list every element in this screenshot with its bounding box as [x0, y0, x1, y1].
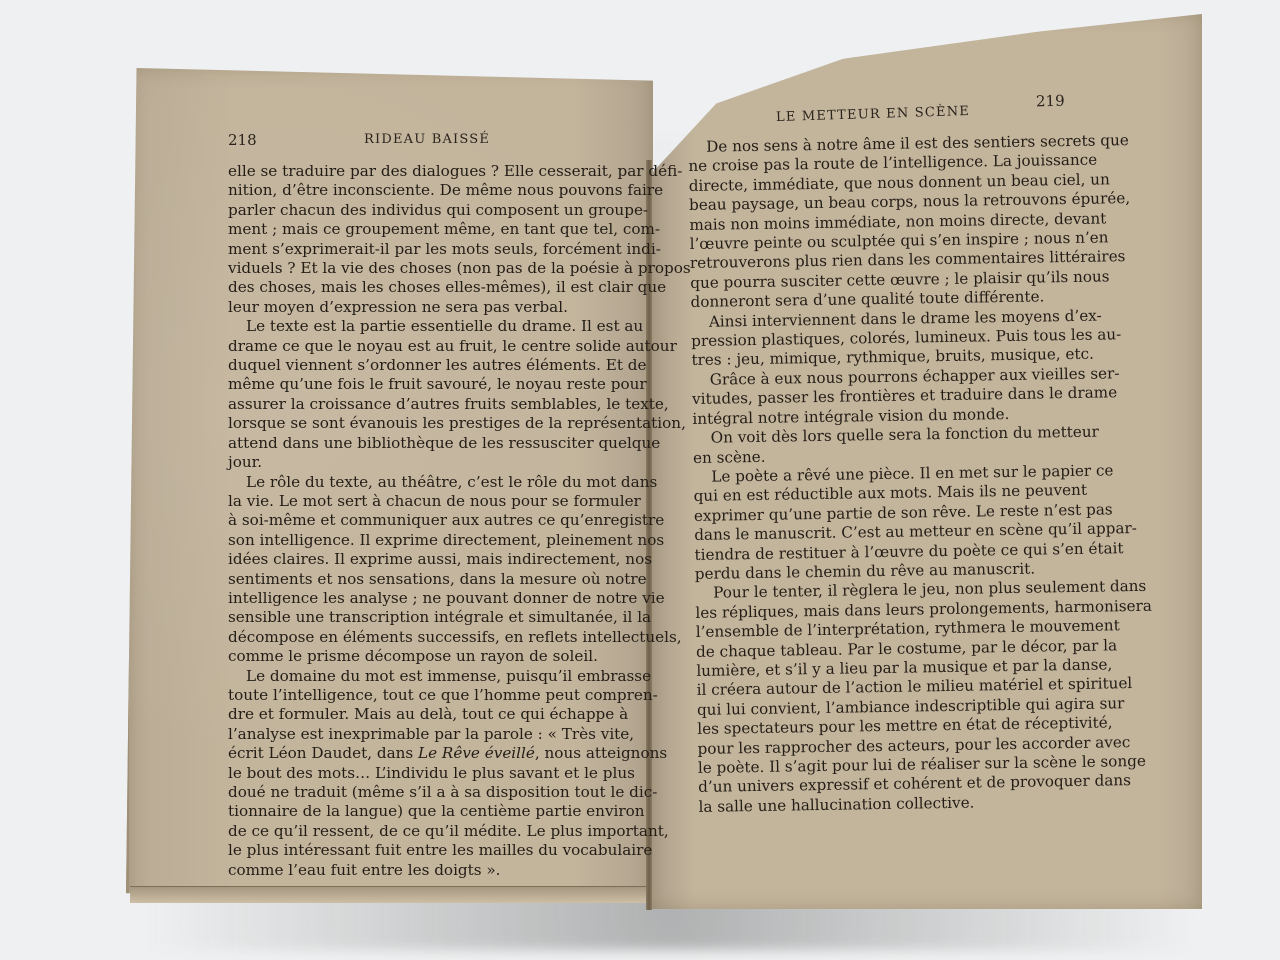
- text-line: assurer la croissance d’autres fruits se…: [228, 395, 596, 414]
- text-line: intelligence les analyse ; ne pouvant do…: [228, 589, 596, 608]
- text-line: duquel viennent s’ordonner les autres él…: [228, 356, 596, 375]
- left-running-head: RIDEAU BAISSÉ: [364, 132, 490, 147]
- text-line: décompose en éléments successifs, en ref…: [228, 628, 596, 647]
- paragraph: Le poète a rêvé une pièce. Il en met sur…: [693, 462, 1075, 584]
- text-line: Le rôle du texte, au théâtre, c’est le r…: [228, 473, 596, 492]
- text-line: l’analyse est inexprimable par la parole…: [228, 725, 596, 744]
- text-line: la vie. Le mot sert à chacun de nous pou…: [228, 492, 596, 511]
- open-book: 218 RIDEAU BAISSÉ elle se traduire par d…: [0, 0, 1280, 960]
- text-line: son intelligence. Il exprime directement…: [228, 531, 596, 550]
- text-line: Le texte est la partie essentielle du dr…: [228, 317, 596, 336]
- paragraph: Pour le tenter, il règlera le jeu, non p…: [695, 578, 1079, 817]
- text-line: sensible une transcription intégrale et …: [228, 608, 596, 627]
- right-page-number: 219: [1036, 92, 1065, 111]
- text-line: de ce qu’il ressent, de ce qu’il médite.…: [228, 822, 596, 841]
- text-line: lorsque se sont évanouis les prestiges d…: [228, 414, 596, 433]
- paragraph: Le texte est la partie essentielle du dr…: [228, 317, 596, 472]
- right-page-body: De nos sens à notre âme il est des senti…: [688, 132, 1079, 817]
- text-line: comme l’eau fuit entre les doigts ».: [228, 861, 596, 880]
- text-line: des choses, mais les choses elles-mêmes)…: [228, 278, 596, 297]
- paragraph: De nos sens à notre âme il est des senti…: [688, 132, 1071, 313]
- text-line: ment s’exprimerait-il par les mots seuls…: [228, 240, 596, 259]
- text-line: dre et formuler. Mais au delà, tout ce q…: [228, 705, 596, 724]
- book-title-italic: Le Rêve éveillé: [418, 744, 535, 762]
- text-line: doué ne traduit (même s’il a à sa dispos…: [228, 783, 596, 802]
- page-block-edge: [130, 886, 650, 903]
- paragraph: Ainsi interviennent dans le drame les mo…: [691, 307, 1072, 371]
- text-line: sentiments et nos sensations, dans la me…: [228, 570, 596, 589]
- text-line: leur moyen d’expression ne sera pas verb…: [228, 298, 596, 317]
- text-line: même qu’une fois le fruit savouré, le no…: [228, 375, 596, 394]
- text-line: drame ce que le noyau est au fruit, le c…: [228, 337, 596, 356]
- paragraph: elle se traduire par des dialogues ? Ell…: [228, 162, 596, 317]
- text-line: écrit Léon Daudet, dans Le Rêve éveillé,…: [228, 744, 596, 763]
- text-line: nition, d’être inconsciente. De même nou…: [228, 181, 596, 200]
- text-line: parler chacun des individus qui composen…: [228, 201, 596, 220]
- text-line: jour.: [228, 453, 596, 472]
- text-line: à soi-même et communiquer aux autres ce …: [228, 511, 596, 530]
- text-line: le bout des mots… L’individu le plus sav…: [228, 764, 596, 783]
- text-line: tionnaire de la langue) que la centième …: [228, 802, 596, 821]
- text-line: elle se traduire par des dialogues ? Ell…: [228, 162, 596, 181]
- text-line: viduels ? Et la vie des choses (non pas …: [228, 259, 596, 278]
- text-line: attend dans une bibliothèque de les ress…: [228, 434, 596, 453]
- paragraph: Le domaine du mot est immense, puisqu’il…: [228, 667, 596, 880]
- paragraph: On voit dès lors quelle sera la fonction…: [693, 423, 1074, 468]
- text-line: le plus intéressant fuit entre les maill…: [228, 841, 596, 860]
- left-page-body: elle se traduire par des dialogues ? Ell…: [228, 162, 596, 880]
- paragraph: Le rôle du texte, au théâtre, c’est le r…: [228, 473, 596, 667]
- text-line: idées claires. Il exprime aussi, mais in…: [228, 550, 596, 569]
- text-line: Le domaine du mot est immense, puisqu’il…: [228, 667, 596, 686]
- text-line: comme le prisme décompose un rayon de so…: [228, 647, 596, 666]
- paragraph: Grâce à eux nous pourrons échapper aux v…: [692, 365, 1073, 429]
- left-page-number: 218: [228, 131, 257, 149]
- text-line: toute l’intelligence, tout ce que l’homm…: [228, 686, 596, 705]
- text-line: ment ; mais ce groupement même, en tant …: [228, 220, 596, 239]
